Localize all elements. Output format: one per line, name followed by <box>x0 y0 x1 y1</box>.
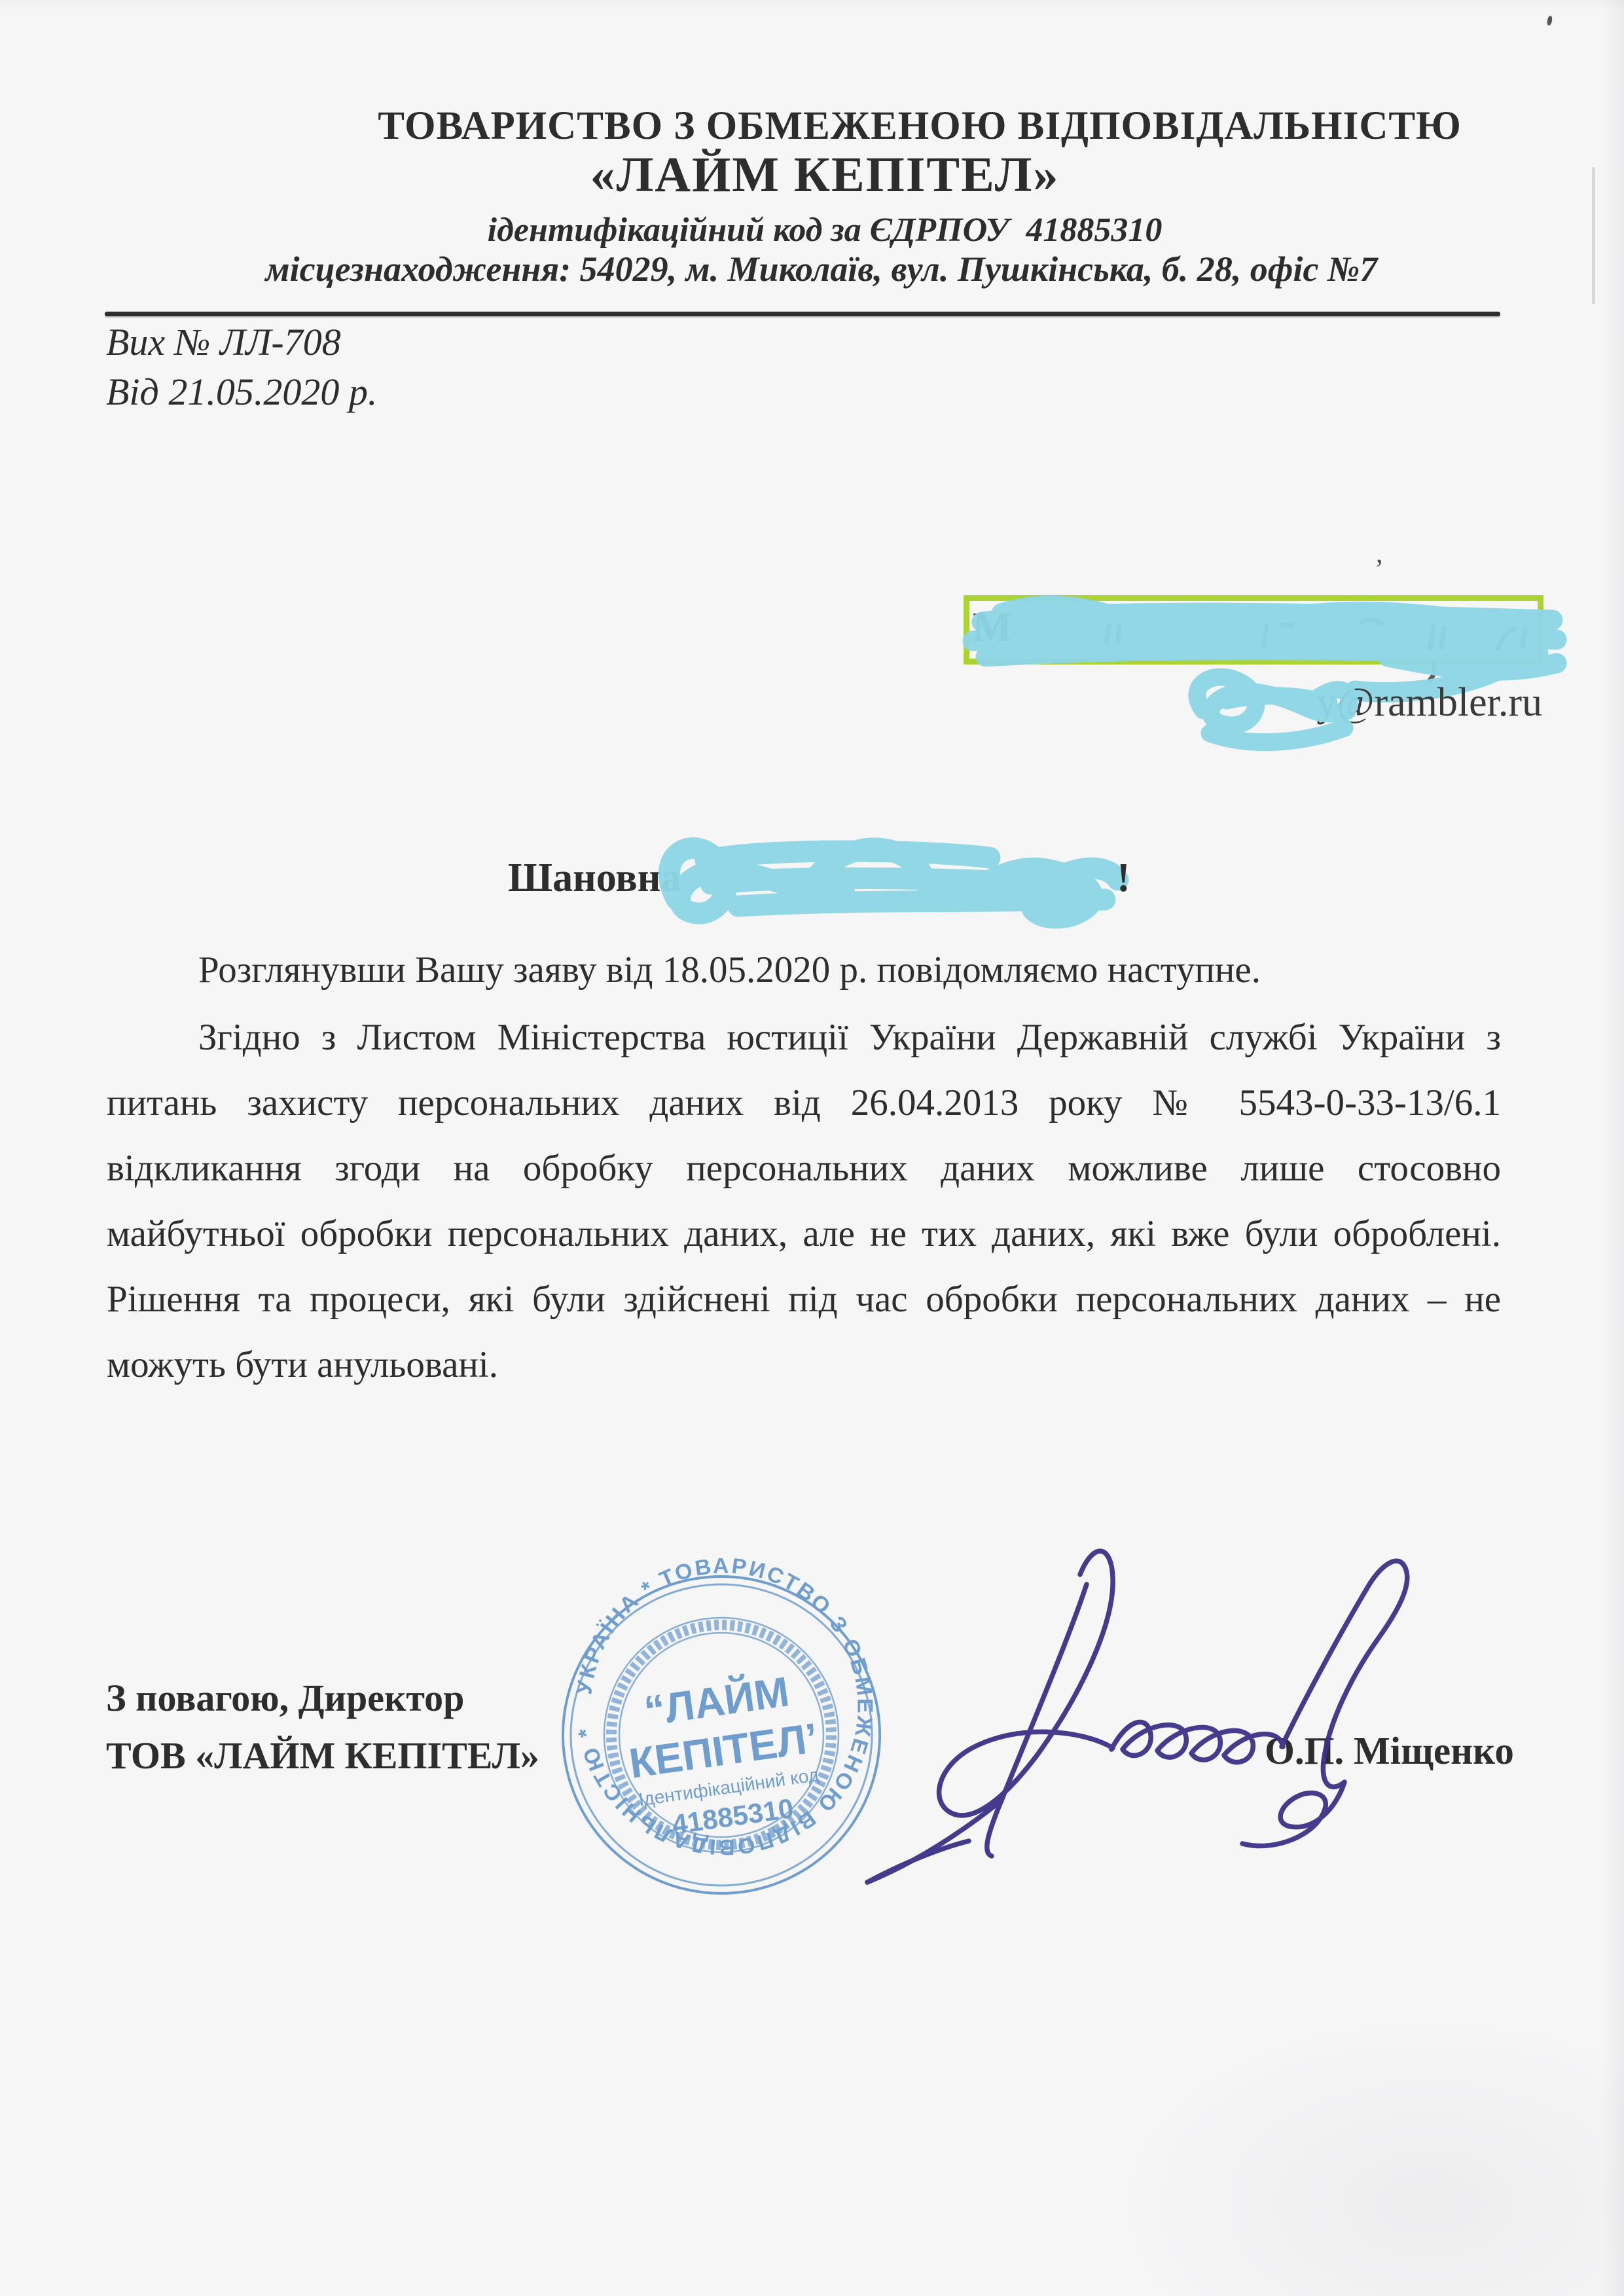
letterhead-company-name: «ЛАЙМ КЕПІТЕЛ» <box>170 147 1479 204</box>
letterhead-address-line: місцезнаходження: 54029, м. Миколаїв, ву… <box>167 249 1476 289</box>
closing-company: ТОВ «ЛАЙМ КЕПІТЕЛ» <box>106 1734 539 1777</box>
salutation-redaction-scribble <box>643 820 1147 951</box>
salutation-punctuation: ! <box>1117 855 1130 902</box>
director-signature <box>805 1525 1460 1892</box>
ref-date: Від 21.05.2020 р. <box>106 370 377 414</box>
body-p2-line: відкликання згоди на обробку персональни… <box>107 1136 1501 1201</box>
body-paragraph-1: Розглянувши Вашу заяву від 18.05.2020 р.… <box>107 938 1593 1003</box>
body-p2-line: майбутньої обробки персональних даних, а… <box>107 1201 1501 1267</box>
scan-streak <box>1592 167 1595 304</box>
closing-regards: З повагою, Директор <box>106 1676 464 1720</box>
ref-out-number: Вих № ЛЛ-708 <box>106 320 341 364</box>
body-p2-line: Згідно з Листом Міністерства юстиції Укр… <box>107 1005 1501 1070</box>
body-p2-line: питань захисту персональних даних від 26… <box>107 1070 1501 1136</box>
letterhead-id-line: ідентифікаційний код за ЄДРПОУ 41885310 <box>170 211 1479 249</box>
email-redaction-scribble <box>1164 655 1380 766</box>
body-p2-line: можуть бути анульовані. <box>107 1332 1501 1398</box>
scan-speck <box>1547 15 1553 26</box>
body-p2-line: Рішення та процеси, які були здійснені п… <box>107 1267 1501 1332</box>
body-paragraph-2: Згідно з Листом Міністерства юстиції Укр… <box>107 1005 1501 1398</box>
letterhead-divider <box>105 312 1500 316</box>
letterhead-company-type: ТОВАРИСТВО З ОБМЕЖЕНОЮ ВІДПОВІДАЛЬНІСТЮ <box>262 103 1578 149</box>
scan-tick-mark: ’ <box>1375 554 1384 585</box>
document-page: ТОВАРИСТВО З ОБМЕЖЕНОЮ ВІДПОВІДАЛЬНІСТЮ … <box>0 0 1624 2296</box>
